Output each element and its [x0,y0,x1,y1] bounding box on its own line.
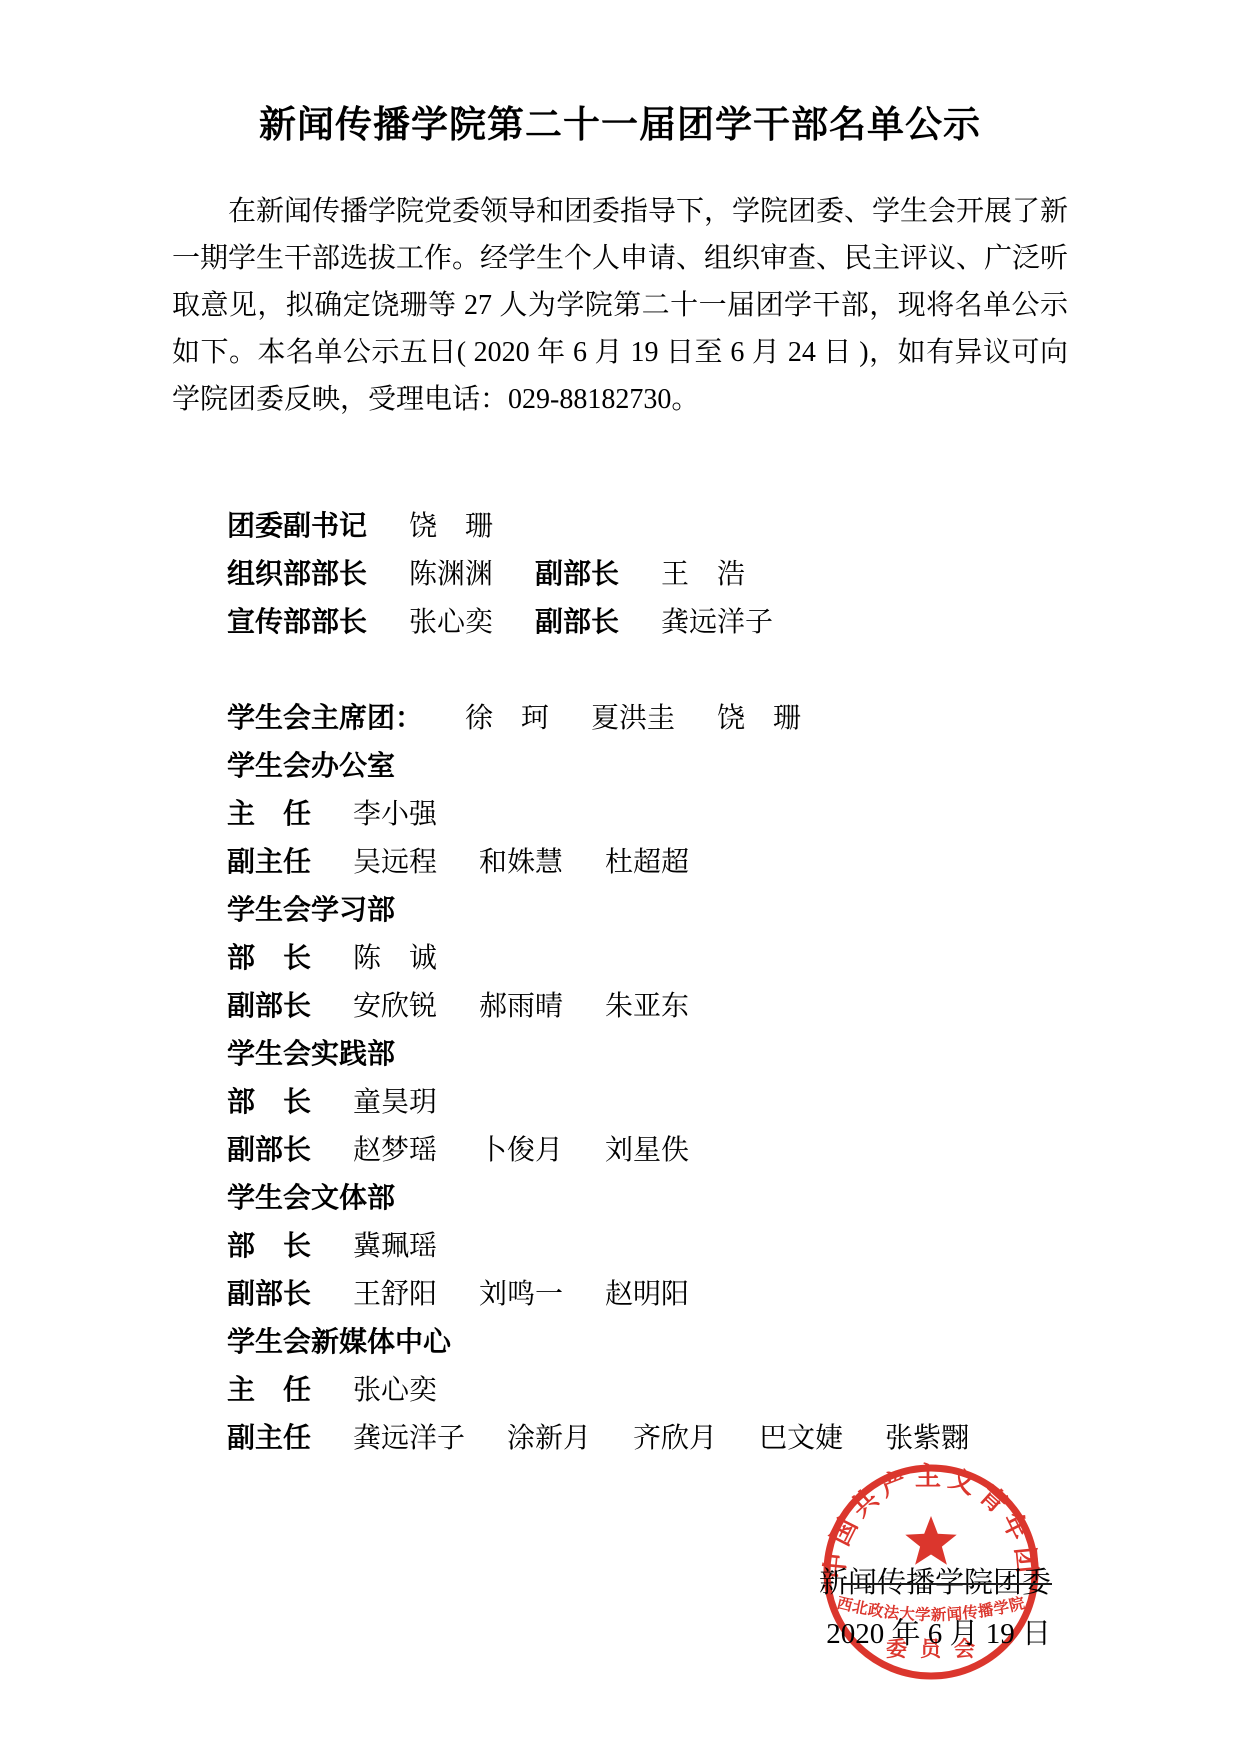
person-name: 龚远洋子 [353,1416,465,1456]
person-name: 王 浩 [661,552,745,592]
person-name: 吴远程 [353,840,437,880]
roster-row: 学生会新媒体中心 [227,1316,969,1364]
role-label: 团委副书记 [227,504,367,544]
role-label: 部 长 [227,1080,311,1120]
roster-row: 团委副书记饶 珊 [227,500,969,548]
announcement-page: 新闻传播学院第二十一届团学干部名单公示 在新闻传播学院党委领导和团委指导下，学院… [0,0,1241,1754]
person-name: 刘鸣一 [479,1272,563,1312]
person-name: 饶 珊 [717,696,801,736]
roster-row: 部 长童昊玥 [227,1076,969,1124]
person-name: 张心奕 [353,1368,437,1408]
person-name: 李小强 [353,792,437,832]
roster-row: 学生会实践部 [227,1028,969,1076]
roster-row: 学生会文体部 [227,1172,969,1220]
role-label: 学生会新媒体中心 [227,1320,451,1360]
role-label: 学生会实践部 [227,1032,395,1072]
strike-line [843,1583,1052,1585]
document-title: 新闻传播学院第二十一届团学干部名单公示 [173,94,1067,148]
person-name: 赵梦瑶 [353,1128,437,1168]
person-name: 童昊玥 [353,1080,437,1120]
person-name: 刘星佚 [605,1128,689,1168]
roster-row: 副部长赵梦瑶卜俊月刘星佚 [227,1124,969,1172]
role-label: 学生会办公室 [227,744,395,784]
person-name: 涂新月 [507,1416,591,1456]
person-name: 饶 珊 [409,504,493,544]
person-name: 杜超超 [605,840,689,880]
roster-row: 组织部部长陈渊渊副部长王 浩 [227,548,969,596]
roster-row: 副部长王舒阳刘鸣一赵明阳 [227,1268,969,1316]
person-name: 卜俊月 [479,1128,563,1168]
person-name: 张心奕 [409,600,493,640]
role-label: 学生会主席团： [227,696,423,736]
announcement-paragraph: 在新闻传播学院党委领导和团委指导下，学院团委、学生会开展了新一期学生干部选拔工作… [172,188,1068,423]
roster-row: 学生会学习部 [227,884,969,932]
role-label: 副主任 [227,1416,311,1456]
role-label: 副部长 [227,1272,311,1312]
person-name: 张紫翾 [885,1416,969,1456]
roster-row: 主 任李小强 [227,788,969,836]
person-name: 陈 诚 [353,936,437,976]
roster: 团委副书记饶 珊组织部部长陈渊渊副部长王 浩宣传部部长张心奕副部长龚远洋子学生会… [227,500,969,1460]
roster-row: 主 任张心奕 [227,1364,969,1412]
role-label: 学生会学习部 [227,888,395,928]
role-label: 副部长 [227,1128,311,1168]
person-name: 郝雨晴 [479,984,563,1024]
roster-row: 部 长陈 诚 [227,932,969,980]
roster-row: 副主任吴远程和姝慧杜超超 [227,836,969,884]
person-name: 冀珮瑶 [353,1224,437,1264]
roster-row: 副部长安欣锐郝雨晴朱亚东 [227,980,969,1028]
signature-date: 2020 年 6 月 19 日 [819,1609,1051,1660]
role-label: 副部长 [535,600,619,640]
roster-row: 学生会办公室 [227,740,969,788]
role-label: 宣传部部长 [227,600,367,640]
person-name: 赵明阳 [605,1272,689,1312]
role-label: 副主任 [227,840,311,880]
person-name: 龚远洋子 [661,600,773,640]
role-label: 主 任 [227,1368,311,1408]
role-label: 副部长 [535,552,619,592]
roster-row: 宣传部部长张心奕副部长龚远洋子 [227,596,969,644]
person-name: 陈渊渊 [409,552,493,592]
person-name: 和姝慧 [479,840,563,880]
role-label: 副部长 [227,984,311,1024]
role-label: 部 长 [227,936,311,976]
person-name: 王舒阳 [353,1272,437,1312]
person-name: 夏洪圭 [591,696,675,736]
person-name: 齐欣月 [633,1416,717,1456]
role-label: 学生会文体部 [227,1176,395,1216]
person-name: 安欣锐 [353,984,437,1024]
person-name: 巴文婕 [759,1416,843,1456]
roster-row: 部 长冀珮瑶 [227,1220,969,1268]
roster-row: 学生会主席团：徐 珂夏洪圭饶 珊 [227,692,969,740]
signature-block: 新闻传播学院团委 2020 年 6 月 19 日 [819,1558,1051,1660]
roster-row: 副主任龚远洋子涂新月齐欣月巴文婕张紫翾 [227,1412,969,1460]
person-name: 朱亚东 [605,984,689,1024]
role-label: 主 任 [227,792,311,832]
role-label: 部 长 [227,1224,311,1264]
person-name: 徐 珂 [465,696,549,736]
role-label: 组织部部长 [227,552,367,592]
